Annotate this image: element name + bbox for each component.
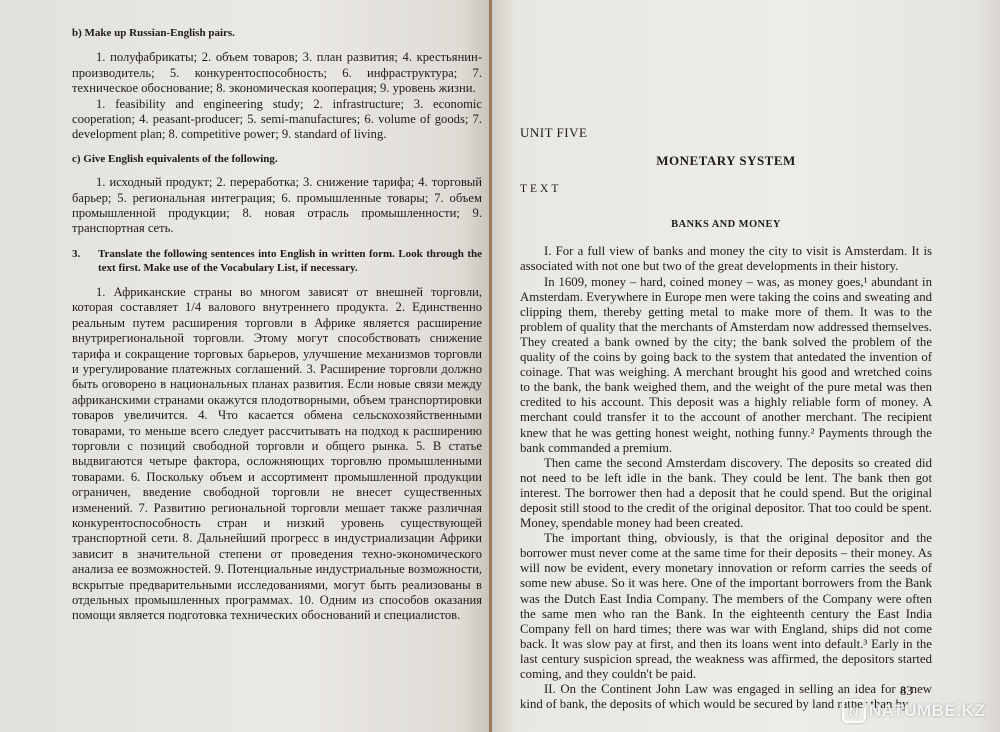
task-3-text: Translate the following sentences into E… (98, 247, 482, 275)
right-page-content: UNIT FIVE MONETARY SYSTEM TEXT BANKS AND… (520, 125, 932, 712)
text-label: TEXT (520, 182, 932, 197)
left-page-content: b) Make up Russian-English pairs. 1. пол… (72, 26, 482, 624)
book-spine (489, 0, 492, 732)
watermark-text: NATUMBE.KZ (869, 701, 985, 721)
exercise-b-english-list: 1. feasibility and engineering study; 2.… (72, 97, 482, 143)
watermark-logo-icon: N (842, 699, 866, 723)
exercise-c-heading: c) Give English equivalents of the follo… (72, 152, 482, 167)
task-3-sentences: 1. Африканские страны во многом зависят … (72, 285, 482, 624)
chapter-title: MONETARY SYSTEM (520, 153, 932, 168)
task-3-instruction: 3. Translate the following sentences int… (72, 247, 482, 275)
exercise-b-russian-list: 1. полуфабрикаты; 2. объем товаров; 3. п… (72, 50, 482, 96)
book-spread: b) Make up Russian-English pairs. 1. пол… (0, 0, 1000, 732)
watermark: N NATUMBE.KZ (842, 699, 985, 723)
paragraph-3: Then came the second Amsterdam discovery… (520, 456, 932, 531)
task-3-number: 3. (72, 247, 84, 275)
exercise-b-heading: b) Make up Russian-English pairs. (72, 26, 482, 41)
page-number: 83 (900, 684, 913, 699)
paragraph-1: I. For a full view of banks and money th… (520, 244, 932, 274)
text-subtitle: BANKS AND MONEY (520, 217, 932, 232)
unit-label: UNIT FIVE (520, 125, 932, 140)
exercise-c-russian-list: 1. исходный продукт; 2. переработка; 3. … (72, 175, 482, 237)
paragraph-4: The important thing, obviously, is that … (520, 531, 932, 682)
paragraph-2: In 1609, money – hard, coined money – wa… (520, 275, 932, 456)
